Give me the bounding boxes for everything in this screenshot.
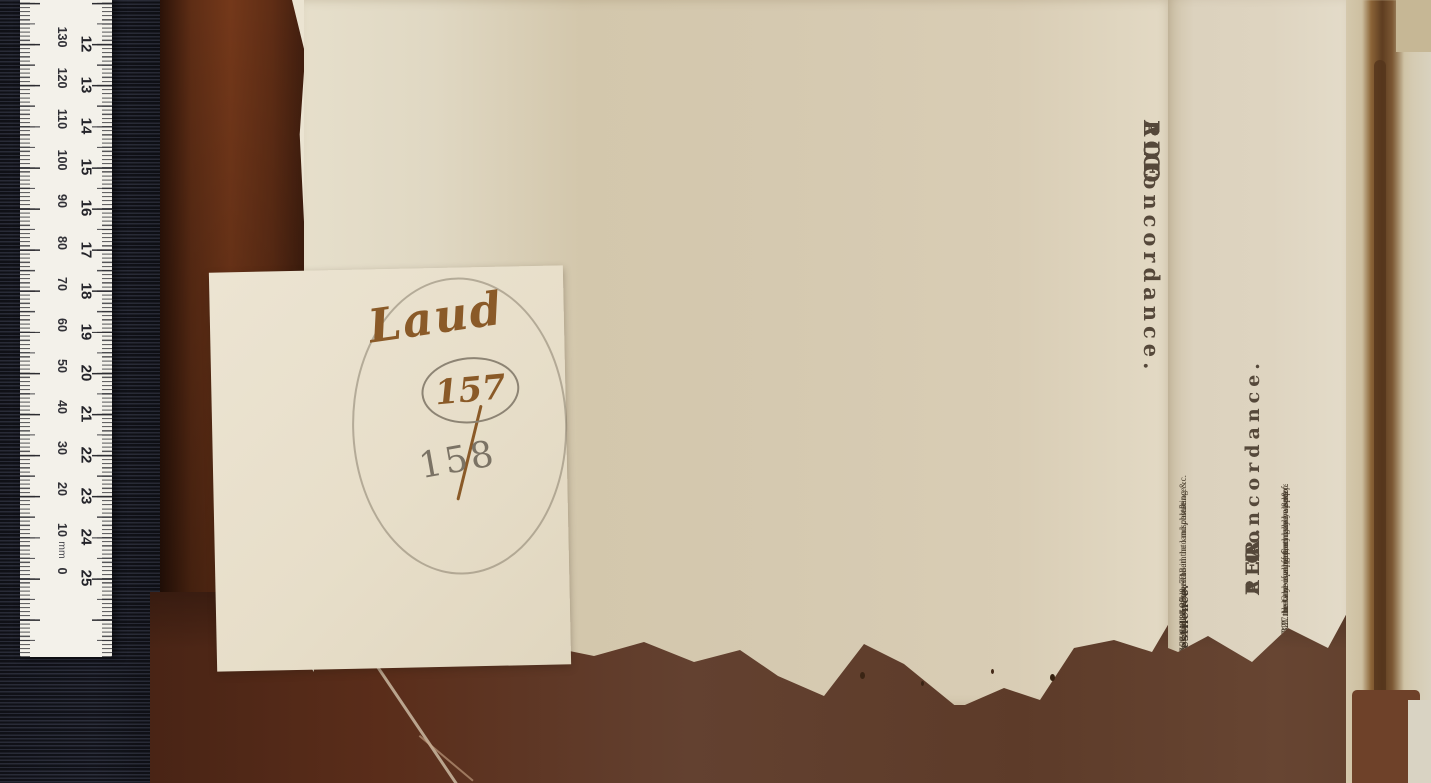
shelfmark-number-circled: 157 bbox=[433, 367, 507, 413]
ruler-mm-number: 40 bbox=[55, 400, 69, 414]
ruler-mm-number: 20 bbox=[55, 482, 69, 496]
binding-gutter-core bbox=[1374, 60, 1386, 700]
fragment-running-head: PERPER.A Concordance.PILPLA bbox=[1242, 105, 1278, 595]
ruler-mm-number: 100 bbox=[55, 150, 69, 171]
ruler-mm-number: 90 bbox=[55, 194, 69, 208]
wormhole-spots bbox=[860, 672, 865, 679]
top-right-paper-patch bbox=[1396, 0, 1431, 52]
second-concordance-fragment: 17.20. hath a peruerse tongue falleth in… bbox=[1168, 0, 1354, 708]
concordance-running-head: PLEPLEA Concordance.POOPOO bbox=[1128, 120, 1164, 590]
ruler-mm-number: 10 bbox=[55, 523, 69, 537]
ruler-cm-number: 16 bbox=[78, 200, 95, 217]
ruler-unit-label: mm bbox=[56, 541, 68, 559]
ruler-mm-number: 110 bbox=[55, 109, 69, 129]
ruler-mm-number: 80 bbox=[55, 236, 69, 250]
text-line: See 2 Chro.6.28. & 7.13. bbox=[1178, 549, 1190, 657]
ruler-mm-number: 130 bbox=[55, 27, 69, 48]
bottom-right-paper bbox=[1408, 700, 1431, 783]
ruler-cm-number: 12 bbox=[78, 36, 95, 53]
ruler-cm-number: 23 bbox=[78, 488, 95, 505]
ruler-cm-number: 22 bbox=[78, 447, 95, 464]
ruler-mm-number: 70 bbox=[55, 277, 69, 291]
ruler-cm-number: 25 bbox=[78, 570, 95, 587]
ruler-cm-number: 20 bbox=[78, 364, 95, 381]
ruler-cm-number: 13 bbox=[78, 77, 95, 94]
running-head-word: POO bbox=[1139, 120, 1164, 187]
ruler-mm-number: 60 bbox=[55, 318, 69, 332]
running-head-word: PLA bbox=[1242, 538, 1264, 595]
ruler-mm-number: 120 bbox=[55, 68, 69, 89]
ruler-numbers: 1301201101009080706050403020100121314151… bbox=[20, 0, 112, 657]
fragment-sheet: 17.20. hath a peruerse tongue falleth in… bbox=[1168, 0, 1354, 705]
ruler-cm-number: 14 bbox=[78, 118, 95, 135]
ruler-cm-number: 24 bbox=[78, 529, 95, 546]
ruler-mm-number: 0 bbox=[55, 568, 69, 575]
ruler-cm-number: 21 bbox=[78, 406, 95, 423]
ruler-cm-number: 18 bbox=[78, 282, 95, 299]
ruler-cm-number: 15 bbox=[78, 159, 95, 176]
ruler-cm-number: 17 bbox=[78, 241, 95, 258]
ruler: 1301201101009080706050403020100121314151… bbox=[20, 0, 112, 657]
ruler-mm-number: 50 bbox=[55, 359, 69, 373]
ruler-cm-number: 19 bbox=[78, 323, 95, 340]
ruler-mm-number: 30 bbox=[55, 441, 69, 455]
manuscript-photo-stage: PLEPLEA Concordance.POOPOO Mat.15.13. wh… bbox=[0, 0, 1431, 783]
shelfmark-label: Laud 157 158 bbox=[209, 265, 571, 671]
